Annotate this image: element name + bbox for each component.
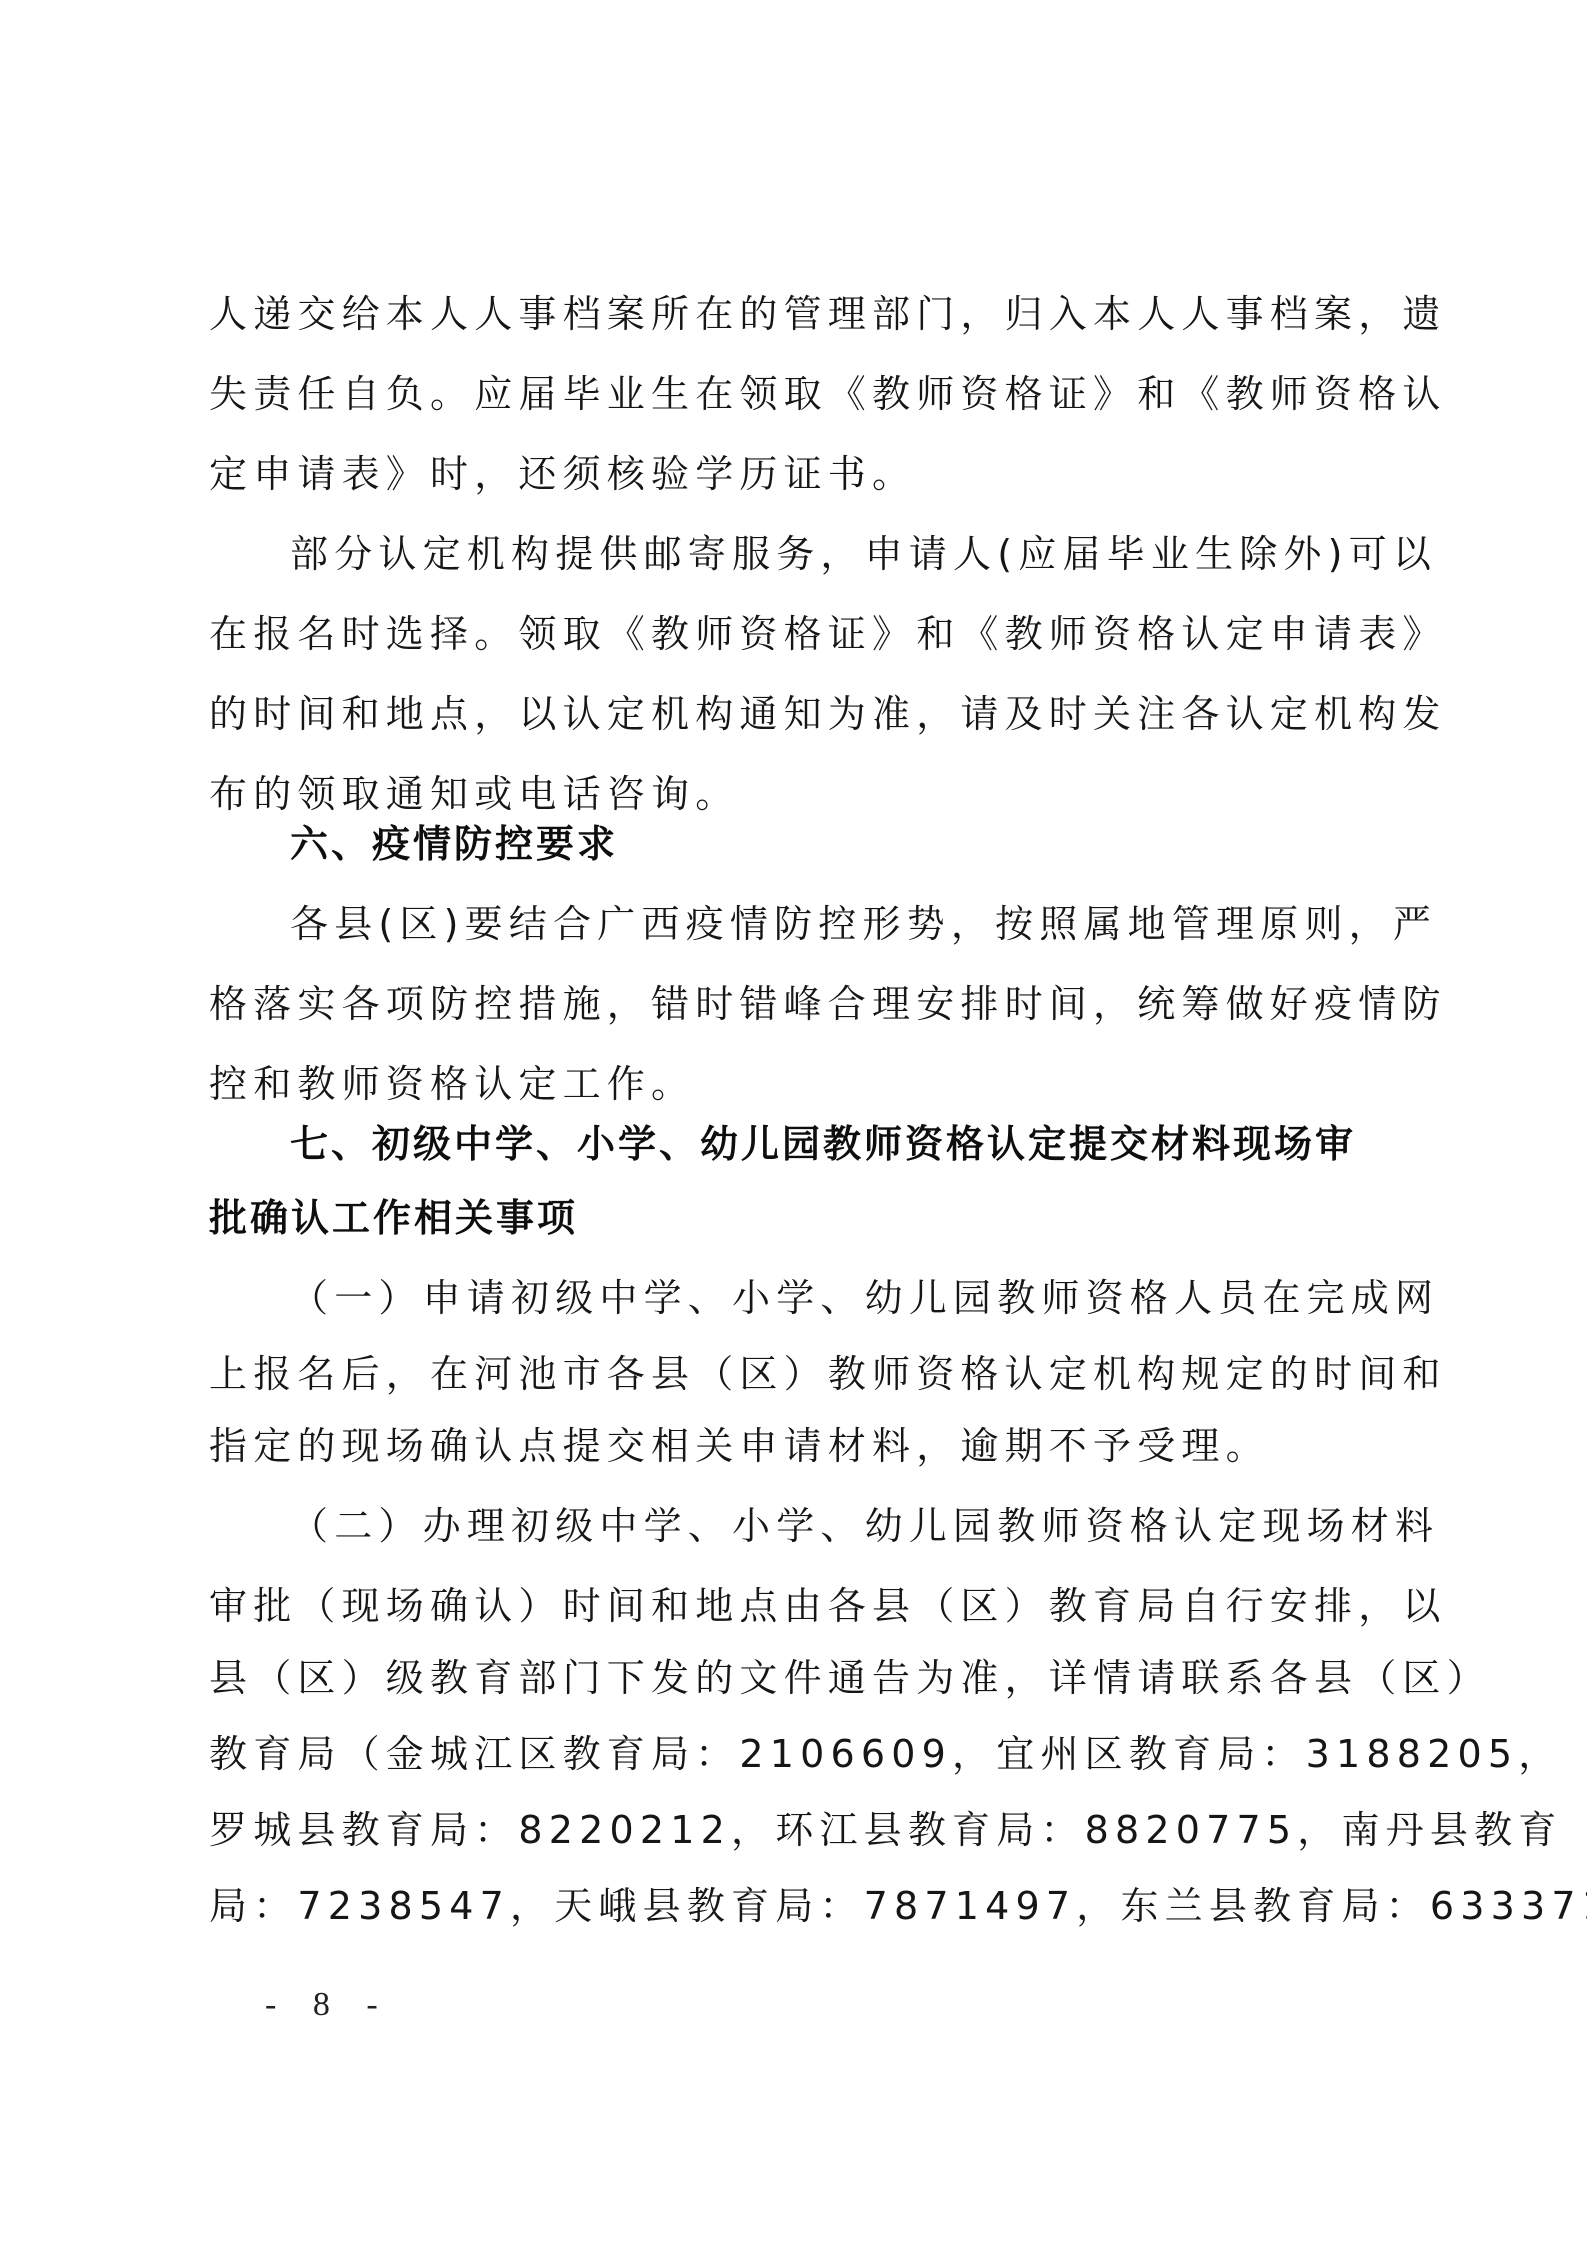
body-line: 格落实各项防控措施，错时错峰合理安排时间，统筹做好疫情防 — [209, 982, 1447, 1026]
body-line: 教育局（金城江区教育局：2106609，宜州区教育局：3188205， — [209, 1732, 1562, 1776]
section-heading-7-cont: 批确认工作相关事项 — [209, 1196, 578, 1240]
body-line: 审批（现场确认）时间和地点由各县（区）教育局自行安排，以 — [209, 1584, 1447, 1628]
body-line: 局：7238547，天峨县教育局：7871497，东兰县教育局：6333717， — [209, 1884, 1587, 1928]
body-line: 控和教师资格认定工作。 — [209, 1062, 695, 1106]
body-line: 人递交给本人人事档案所在的管理部门，归入本人人事档案，遗 — [209, 292, 1447, 336]
body-line: 布的领取通知或电话咨询。 — [209, 772, 739, 816]
section-heading-6: 六、疫情防控要求 — [290, 822, 618, 866]
body-line: 罗城县教育局：8220212，环江县教育局：8820775，南丹县教育 — [209, 1808, 1562, 1852]
section-heading-7: 七、初级中学、小学、幼儿园教师资格认定提交材料现场审 — [290, 1122, 1356, 1166]
body-line: 县（区）级教育部门下发的文件通告为准，详情请联系各县（区） — [209, 1656, 1491, 1700]
body-line: 指定的现场确认点提交相关申请材料，逾期不予受理。 — [209, 1424, 1270, 1468]
body-line: 部分认定机构提供邮寄服务，申请人(应届毕业生除外)可以 — [290, 532, 1437, 576]
body-line: 定申请表》时，还须核验学历证书。 — [209, 452, 916, 496]
body-line: 上报名后，在河池市各县（区）教师资格认定机构规定的时间和 — [209, 1352, 1447, 1396]
document-page: 人递交给本人人事档案所在的管理部门，归入本人人事档案，遗 失责任自负。应届毕业生… — [0, 0, 1587, 2244]
body-line: （一）申请初级中学、小学、幼儿园教师资格人员在完成网 — [290, 1276, 1439, 1320]
body-line: 的时间和地点，以认定机构通知为准，请及时关注各认定机构发 — [209, 692, 1447, 736]
body-line: 失责任自负。应届毕业生在领取《教师资格证》和《教师资格认 — [209, 372, 1447, 416]
body-line: （二）办理初级中学、小学、幼儿园教师资格认定现场材料 — [290, 1504, 1439, 1548]
page-number: - 8 - — [265, 1986, 392, 2024]
body-line: 在报名时选择。领取《教师资格证》和《教师资格认定申请表》 — [209, 612, 1447, 656]
body-line: 各县(区)要结合广西疫情防控形势，按照属地管理原则，严 — [290, 902, 1437, 946]
